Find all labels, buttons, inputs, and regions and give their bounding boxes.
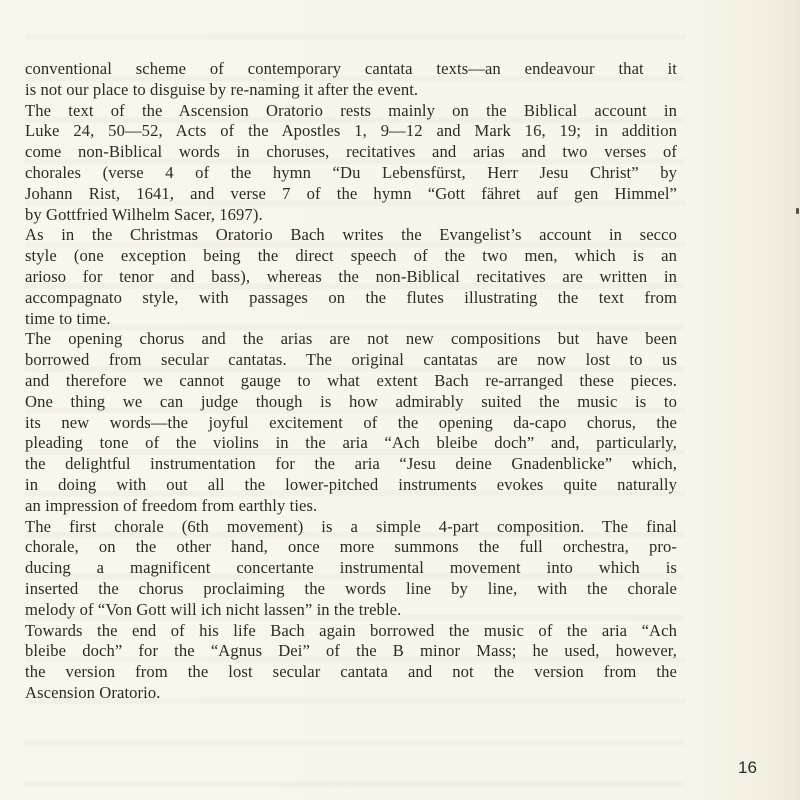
paragraph: The opening chorus and the arias are not…	[25, 329, 677, 516]
body-text: conventional scheme of contemporary cant…	[25, 59, 677, 704]
text-line: The opening chorus and the arias are not…	[25, 329, 677, 350]
paragraph: The first chorale (6th movement) is a si…	[25, 517, 677, 621]
text-line: style (one exception being the direct sp…	[25, 246, 677, 267]
text-line: Luke 24, 50—52, Acts of the Apostles 1, …	[25, 121, 677, 142]
text-line: The text of the Ascension Oratorio rests…	[25, 101, 677, 122]
page-edge-mark	[796, 208, 799, 214]
text-line: an impression of freedom from earthly ti…	[25, 496, 677, 517]
text-line: ducing a magnificent concertante instrum…	[25, 558, 677, 579]
text-line: come non-Biblical words in choruses, rec…	[25, 142, 677, 163]
text-line: in doing with out all the lower-pitched …	[25, 475, 677, 496]
text-line: is not our place to disguise by re-namin…	[25, 80, 677, 101]
text-line: Johann Rist, 1641, and verse 7 of the hy…	[25, 184, 677, 205]
text-line: One thing we can judge though is how adm…	[25, 392, 677, 413]
text-line: chorale, on the other hand, once more su…	[25, 537, 677, 558]
text-line: borrowed from secular cantatas. The orig…	[25, 350, 677, 371]
book-page: conventional scheme of contemporary cant…	[0, 0, 800, 800]
text-line: time to time.	[25, 309, 677, 330]
text-line: chorales (verse 4 of the hymn “Du Lebens…	[25, 163, 677, 184]
page-number: 16	[738, 758, 757, 778]
text-line: arioso for tenor and bass), whereas the …	[25, 267, 677, 288]
text-line: the version from the lost secular cantat…	[25, 662, 677, 683]
paragraph: Towards the end of his life Bach again b…	[25, 621, 677, 704]
text-line: its new words—the joyful excitement of t…	[25, 413, 677, 434]
text-line: by Gottfried Wilhelm Sacer, 1697).	[25, 205, 677, 226]
text-line: bleibe doch” for the “Agnus Dei” of the …	[25, 641, 677, 662]
text-line: melody of “Von Gott will ich nicht lasse…	[25, 600, 677, 621]
text-line: inserted the chorus proclaiming the word…	[25, 579, 677, 600]
paragraph: The text of the Ascension Oratorio rests…	[25, 101, 677, 226]
text-line: Ascension Oratorio.	[25, 683, 677, 704]
text-line: As in the Christmas Oratorio Bach writes…	[25, 225, 677, 246]
text-line: accompagnato style, with passages on the…	[25, 288, 677, 309]
text-line: pleading tone of the violins in the aria…	[25, 433, 677, 454]
text-line: and therefore we cannot gauge to what ex…	[25, 371, 677, 392]
text-line: The first chorale (6th movement) is a si…	[25, 517, 677, 538]
paragraph: conventional scheme of contemporary cant…	[25, 59, 677, 101]
text-line: conventional scheme of contemporary cant…	[25, 59, 677, 80]
text-line: the delightful instrumentation for the a…	[25, 454, 677, 475]
paragraph: As in the Christmas Oratorio Bach writes…	[25, 225, 677, 329]
text-line: Towards the end of his life Bach again b…	[25, 621, 677, 642]
